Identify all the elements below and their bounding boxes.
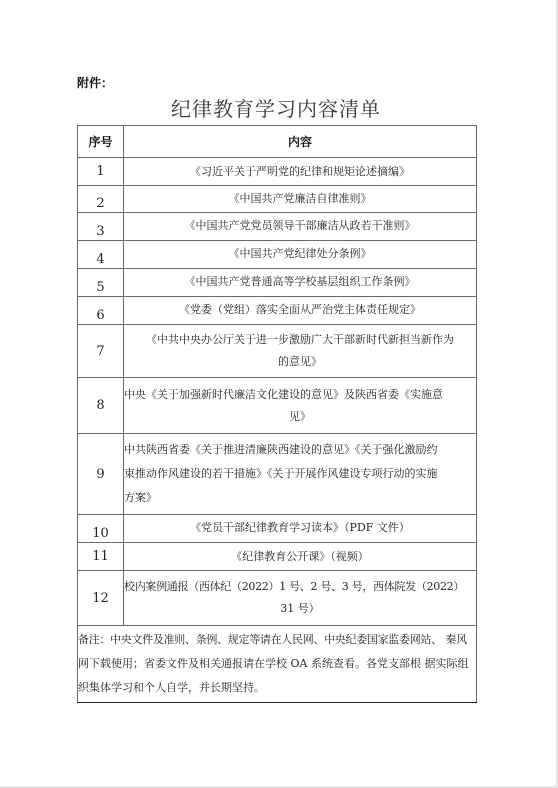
row-number: 6 [78,297,124,325]
row-number: 4 [78,241,124,269]
note-text: 备注：中央文件及准则、条例、规定等请在人民网、中央纪委国家监委网站、 秦风网下载… [78,626,477,703]
header-content: 内容 [124,126,477,158]
row-number: 5 [78,269,124,297]
table-row: 9 中共陕西省委《关于推进清廉陕西建设的意见》《关于强化激励约 束推动作风建设的… [78,434,477,515]
row-content: 《习近平关于严明党的纪律和规矩论述摘编》 [124,158,477,186]
table-header-row: 序号 内容 [78,126,477,158]
row-content: 《中国共产党纪律处分条例》 [124,241,477,269]
row-content: 《中国共产党普通高等学校基层组织工作条例》 [124,269,477,297]
row-number: 1 [78,158,124,186]
table-row: 11 《纪律教育公开课》（视频） [78,543,477,571]
row-number: 2 [78,186,124,213]
table-row: 1 《习近平关于严明党的纪律和规矩论述摘编》 [78,158,477,186]
row-number: 7 [78,325,124,378]
table-row: 7 《中共中央办公厅关于进一步激励广大干部新时代新担当新作为 的意见》 [78,325,477,378]
row-number: 12 [78,571,124,626]
document-title: 纪律教育学习内容清单 [77,96,475,122]
attachment-label: 附件： [77,74,113,91]
row-number: 3 [78,213,124,241]
table-row: 12 校内案例通报（西体纪（2022）1 号、2 号、3 号，西体院发（2022… [78,571,477,626]
row-content: 《党委（党组）落实全面从严治党主体责任规定》 [124,297,477,325]
row-number: 11 [78,543,124,571]
table-row: 3 《中国共产党党员领导干部廉洁从政若干准则》 [78,213,477,241]
row-content: 《纪律教育公开课》（视频） [124,543,477,571]
table-row: 2 《中国共产党廉洁自律准则》 [78,186,477,213]
table-row: 6 《党委（党组）落实全面从严治党主体责任规定》 [78,297,477,325]
row-content: 中央《关于加强新时代廉洁文化建设的意见》及陕西省委《实施意 见》 [124,378,477,434]
header-number: 序号 [78,126,124,158]
row-content: 《中共中央办公厅关于进一步激励广大干部新时代新担当新作为 的意见》 [124,325,477,378]
note-row: 备注：中央文件及准则、条例、规定等请在人民网、中央纪委国家监委网站、 秦风网下载… [78,626,477,703]
row-number: 10 [78,515,124,543]
row-content: 校内案例通报（西体纪（2022）1 号、2 号、3 号，西体院发（2022） 3… [124,571,477,626]
table-row: 8 中央《关于加强新时代廉洁文化建设的意见》及陕西省委《实施意 见》 [78,378,477,434]
row-number: 8 [78,378,124,434]
row-content: 《中国共产党党员领导干部廉洁从政若干准则》 [124,213,477,241]
table-row: 5 《中国共产党普通高等学校基层组织工作条例》 [78,269,477,297]
row-content: 中共陕西省委《关于推进清廉陕西建设的意见》《关于强化激励约 束推动作风建设的若干… [124,434,477,515]
study-content-table: 序号 内容 1 《习近平关于严明党的纪律和规矩论述摘编》 2 《中国共产党廉洁自… [77,125,477,703]
table-row: 4 《中国共产党纪律处分条例》 [78,241,477,269]
table-row: 10 《党员干部纪律教育学习读本》（PDF 文件） [78,515,477,543]
row-number: 9 [78,434,124,515]
row-content: 《党员干部纪律教育学习读本》（PDF 文件） [124,515,477,543]
row-content: 《中国共产党廉洁自律准则》 [124,186,477,213]
